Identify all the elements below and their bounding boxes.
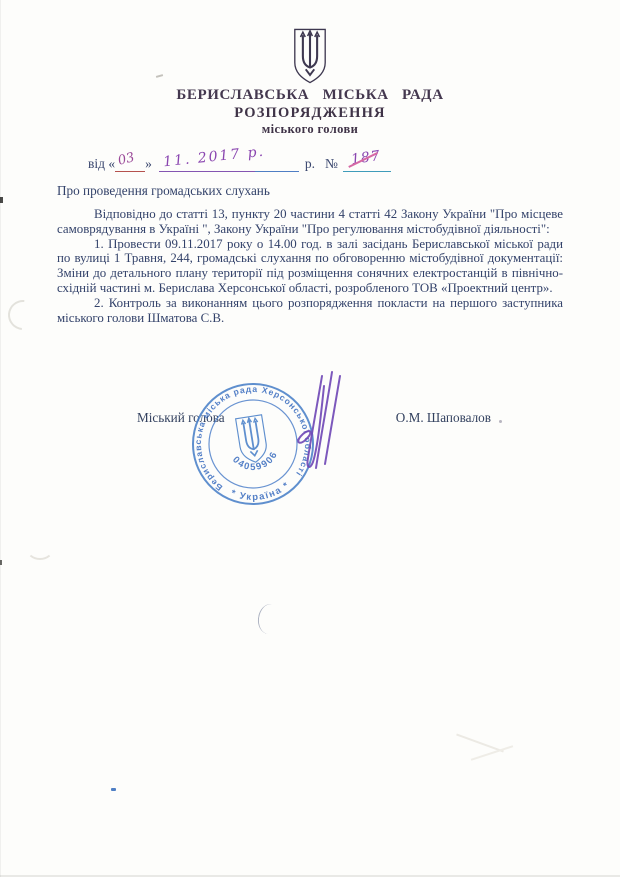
ukraine-trident-icon bbox=[291, 26, 329, 86]
date-extra-blank bbox=[255, 153, 299, 172]
body-paragraph-item1: 1. Провести 09.11.2017 року о 14.00 год.… bbox=[57, 237, 563, 296]
subject-line: Про проведення громадських слухань bbox=[57, 183, 270, 199]
date-year-label: р. bbox=[305, 156, 315, 172]
doc-type-title: РОЗПОРЯДЖЕННЯ bbox=[0, 105, 620, 122]
scan-indent-arc bbox=[2, 294, 44, 336]
dateline: від « 03 » 11. 2017 р. р. № 187 bbox=[88, 152, 391, 172]
body-paragraph-intro: Відповідно до статті 13, пункту 20 части… bbox=[57, 207, 563, 237]
signature-name: О.М. Шаповалов bbox=[396, 410, 491, 426]
date-day-blank: 03 bbox=[115, 153, 145, 172]
org-name: БЕРИСЛАВСЬКА МІСЬКА РАДА bbox=[0, 87, 620, 104]
scan-speck bbox=[499, 420, 502, 423]
page-edge-shadow bbox=[0, 0, 1, 877]
scan-indent-arc bbox=[26, 536, 54, 560]
body-paragraph-item2: 2. Контроль за виконанням цього розпоряд… bbox=[57, 296, 563, 326]
date-day-handwritten: 03 bbox=[117, 150, 137, 169]
date-month-year-handwritten: 11. 2017 р. bbox=[162, 144, 265, 171]
scanned-document-page: БЕРИСЛАВСЬКА МІСЬКА РАДА РОЗПОРЯДЖЕННЯ м… bbox=[0, 0, 620, 877]
date-close-quote: » bbox=[145, 156, 152, 172]
doc-number-blank: 187 bbox=[343, 153, 391, 172]
date-prefix: від « bbox=[88, 156, 115, 172]
date-month-year-blank: 11. 2017 р. bbox=[159, 153, 255, 172]
scan-ink-speck bbox=[111, 788, 116, 791]
date-number-label: № bbox=[325, 156, 338, 172]
stamp-trident-icon bbox=[236, 415, 269, 464]
document-body: Відповідно до статті 13, пункту 20 части… bbox=[57, 207, 563, 325]
issuer-subtitle: міського голови bbox=[0, 122, 620, 137]
scan-pen-arc bbox=[256, 603, 283, 636]
signature-scribble bbox=[288, 370, 352, 482]
header-emblem bbox=[0, 26, 620, 86]
